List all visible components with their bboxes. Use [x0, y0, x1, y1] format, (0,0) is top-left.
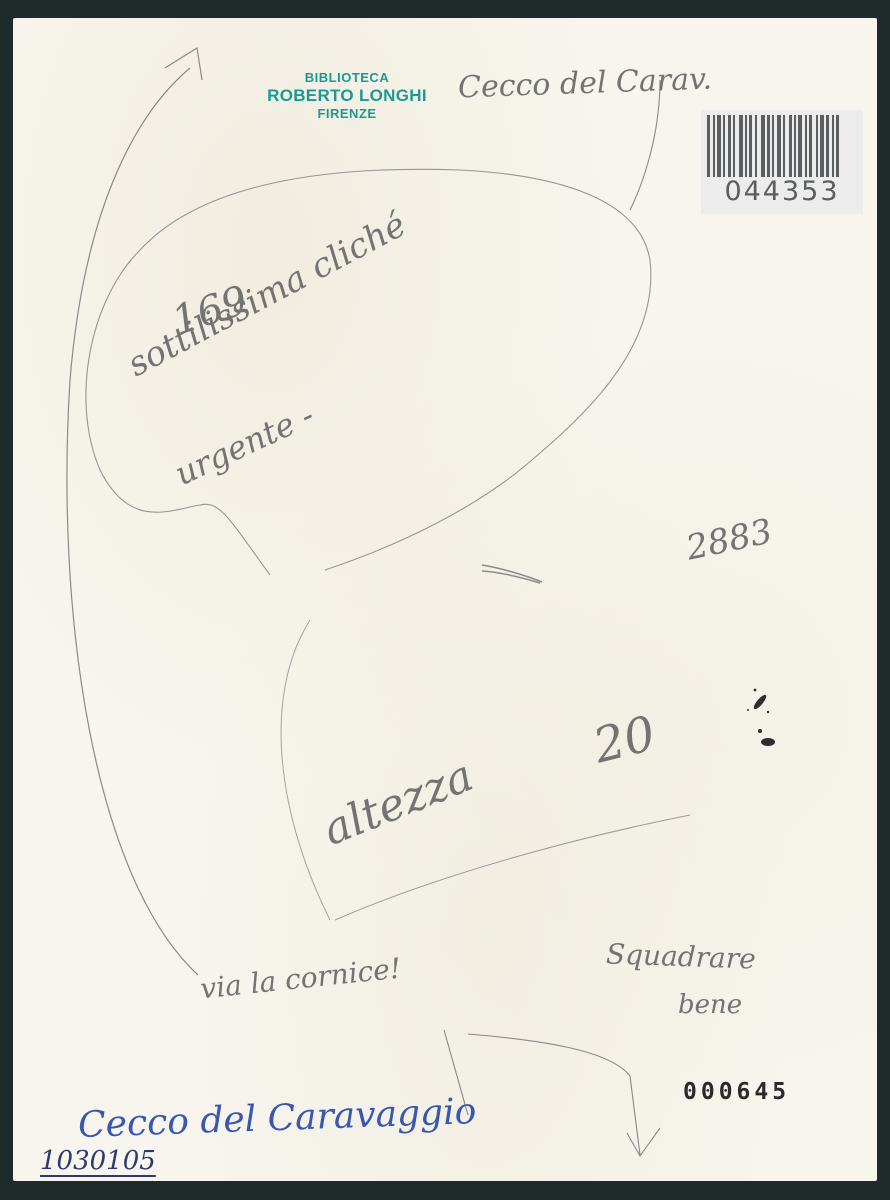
- note-bene: bene: [678, 990, 742, 1020]
- note-squadrare: Squadrare: [605, 937, 756, 975]
- stamp-line-biblioteca: BIBLIOTECA: [252, 70, 442, 86]
- stamp-line-roberto-longhi: ROBERTO LONGHI: [252, 86, 442, 106]
- barcode-label: 044353: [701, 110, 863, 214]
- stamp-number: 000645: [683, 1079, 790, 1105]
- barcode-bars: [707, 115, 857, 177]
- inventory-code: 1030105: [40, 1146, 156, 1176]
- barcode-number: 044353: [701, 176, 863, 207]
- library-stamp: BIBLIOTECA ROBERTO LONGHI FIRENZE: [252, 70, 442, 122]
- stamp-line-firenze: FIRENZE: [252, 106, 442, 122]
